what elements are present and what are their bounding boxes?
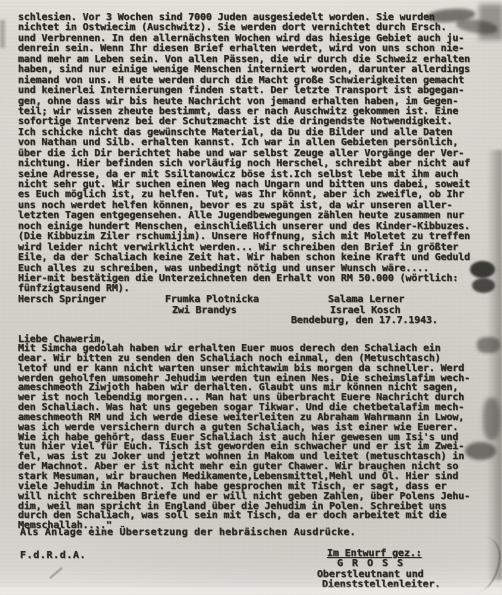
signature-israel-kosch: Israel Kosch <box>330 306 400 316</box>
text-line: Eile, da der Schaliach keine Zeit hat. W… <box>18 253 470 263</box>
closing-line: Dienststellenleiter. <box>317 580 440 590</box>
text-line: und keinerlei Internierungen finden stat… <box>18 86 470 96</box>
certification-abbreviation: F.d.R.d.A. <box>20 551 86 561</box>
letter-body-part1: schlesien. Vor 3 Wochen sind 7000 Juden … <box>18 13 470 295</box>
signature-frumka-plotnicka: Frumka Plotnicka <box>165 295 259 305</box>
signature-zwi-brandys: Zwi Brandys <box>172 306 237 316</box>
attachment-note: Als Anlage eine Übersetzung der hebräisc… <box>20 528 356 538</box>
signature-salama-lerner: Salama Lerner <box>328 295 404 305</box>
scanned-letter-page: schlesien. Vor 3 Wochen sind 7000 Juden … <box>0 0 502 595</box>
letter-text: schlesien. Vor 3 Wochen sind 7000 Juden … <box>0 0 502 595</box>
closing-signature-block: Im Entwurf gez.:G R O S SOberstleutnant … <box>317 549 440 590</box>
letter-body-part2: Mit Simcha gedolah haben wir erhalten Eu… <box>18 344 470 531</box>
dateline: Bendeburg, den 17.7.1943. <box>291 316 438 326</box>
text-line: nichtung. Hier befinden sich vorläufig n… <box>18 159 470 169</box>
signature-hersch-springer: Hersch Springer <box>18 295 106 305</box>
